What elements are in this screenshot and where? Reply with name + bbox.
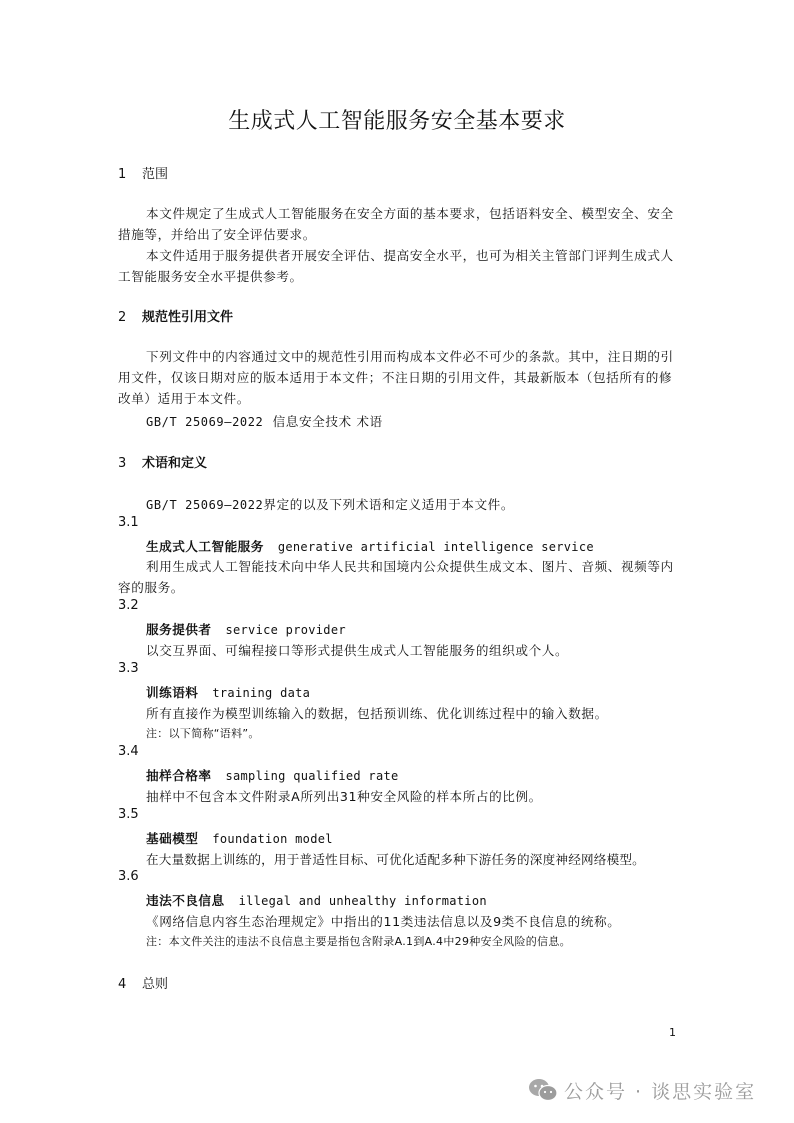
term-definition: 在大量数据上训练的，用于普适性目标、可优化适配多种下游任务的深度神经网络模型。 <box>146 849 645 868</box>
section-2-paragraph: 下列文件中的内容通过文中的规范性引用而构成本文件必不可少的条款。其中，注日期的引… <box>118 346 678 409</box>
section-4-heading: 4总则 <box>118 973 168 992</box>
section-3-intro: GB/T 25069—2022界定的以及下列术语和定义适用于本文件。 <box>146 494 514 513</box>
section-number: 3 <box>118 456 142 471</box>
term-name: 训练语料training data <box>146 682 310 701</box>
term-name: 抽样合格率sampling qualified rate <box>146 765 399 784</box>
term-number: 3.3 <box>118 661 139 676</box>
watermark-text: 公众号 · 谈思实验室 <box>564 1077 756 1104</box>
term-note: 注：以下简称“语料”。 <box>146 725 260 741</box>
section-title: 总则 <box>142 977 168 992</box>
watermark: 公众号 · 谈思实验室 <box>528 1076 756 1104</box>
term-name: 基础模型foundation model <box>146 828 333 847</box>
term-definition: 利用生成式人工智能技术向中华人民共和国境内公众提供生成文本、图片、音频、视频等内… <box>118 556 678 598</box>
term-name: 服务提供者service provider <box>146 619 346 638</box>
section-1-paragraph-1: 本文件规定了生成式人工智能服务在安全方面的基本要求，包括语料安全、模型安全、安全… <box>118 203 678 245</box>
section-title: 范围 <box>142 167 168 182</box>
term-number: 3.4 <box>118 744 139 759</box>
term-number: 3.2 <box>118 598 139 613</box>
term-definition: 所有直接作为模型训练输入的数据，包括预训练、优化训练过程中的输入数据。 <box>146 703 608 722</box>
term-definition: 《网络信息内容生态治理规定》中指出的11类违法信息以及9类不良信息的统称。 <box>146 911 620 930</box>
reference-title: 信息安全技术 术语 <box>273 414 383 429</box>
section-title: 术语和定义 <box>142 456 207 471</box>
section-1-heading: 1范围 <box>118 163 168 182</box>
term-name: 生成式人工智能服务generative artificial intellige… <box>146 536 594 555</box>
normative-reference: GB/T 25069—2022 信息安全技术 术语 <box>146 411 383 430</box>
term-note: 注：本文件关注的违法不良信息主要是指包含附录A.1到A.4中29种安全风险的信息… <box>146 933 571 949</box>
section-number: 2 <box>118 310 142 325</box>
document-page: 生成式人工智能服务安全基本要求 1范围 本文件规定了生成式人工智能服务在安全方面… <box>0 0 794 1123</box>
page-number: 1 <box>669 1026 676 1039</box>
section-number: 1 <box>118 167 142 182</box>
document-title: 生成式人工智能服务安全基本要求 <box>0 104 794 135</box>
reference-code: GB/T 25069—2022 <box>146 415 263 429</box>
term-number: 3.6 <box>118 869 139 884</box>
term-definition: 以交互界面、可编程接口等形式提供生成式人工智能服务的组织或个人。 <box>146 640 568 659</box>
term-definition: 抽样中不包含本文件附录A所列出31种安全风险的样本所占的比例。 <box>146 786 542 805</box>
section-number: 4 <box>118 977 142 992</box>
term-number: 3.5 <box>118 807 139 822</box>
term-name: 违法不良信息illegal and unhealthy information <box>146 890 487 909</box>
wechat-icon <box>528 1078 558 1102</box>
section-1-paragraph-2: 本文件适用于服务提供者开展安全评估、提高安全水平，也可为相关主管部门评判生成式人… <box>118 245 678 287</box>
section-title: 规范性引用文件 <box>142 310 233 325</box>
section-3-heading: 3术语和定义 <box>118 452 207 471</box>
term-number: 3.1 <box>118 515 139 530</box>
section-2-heading: 2规范性引用文件 <box>118 306 233 325</box>
